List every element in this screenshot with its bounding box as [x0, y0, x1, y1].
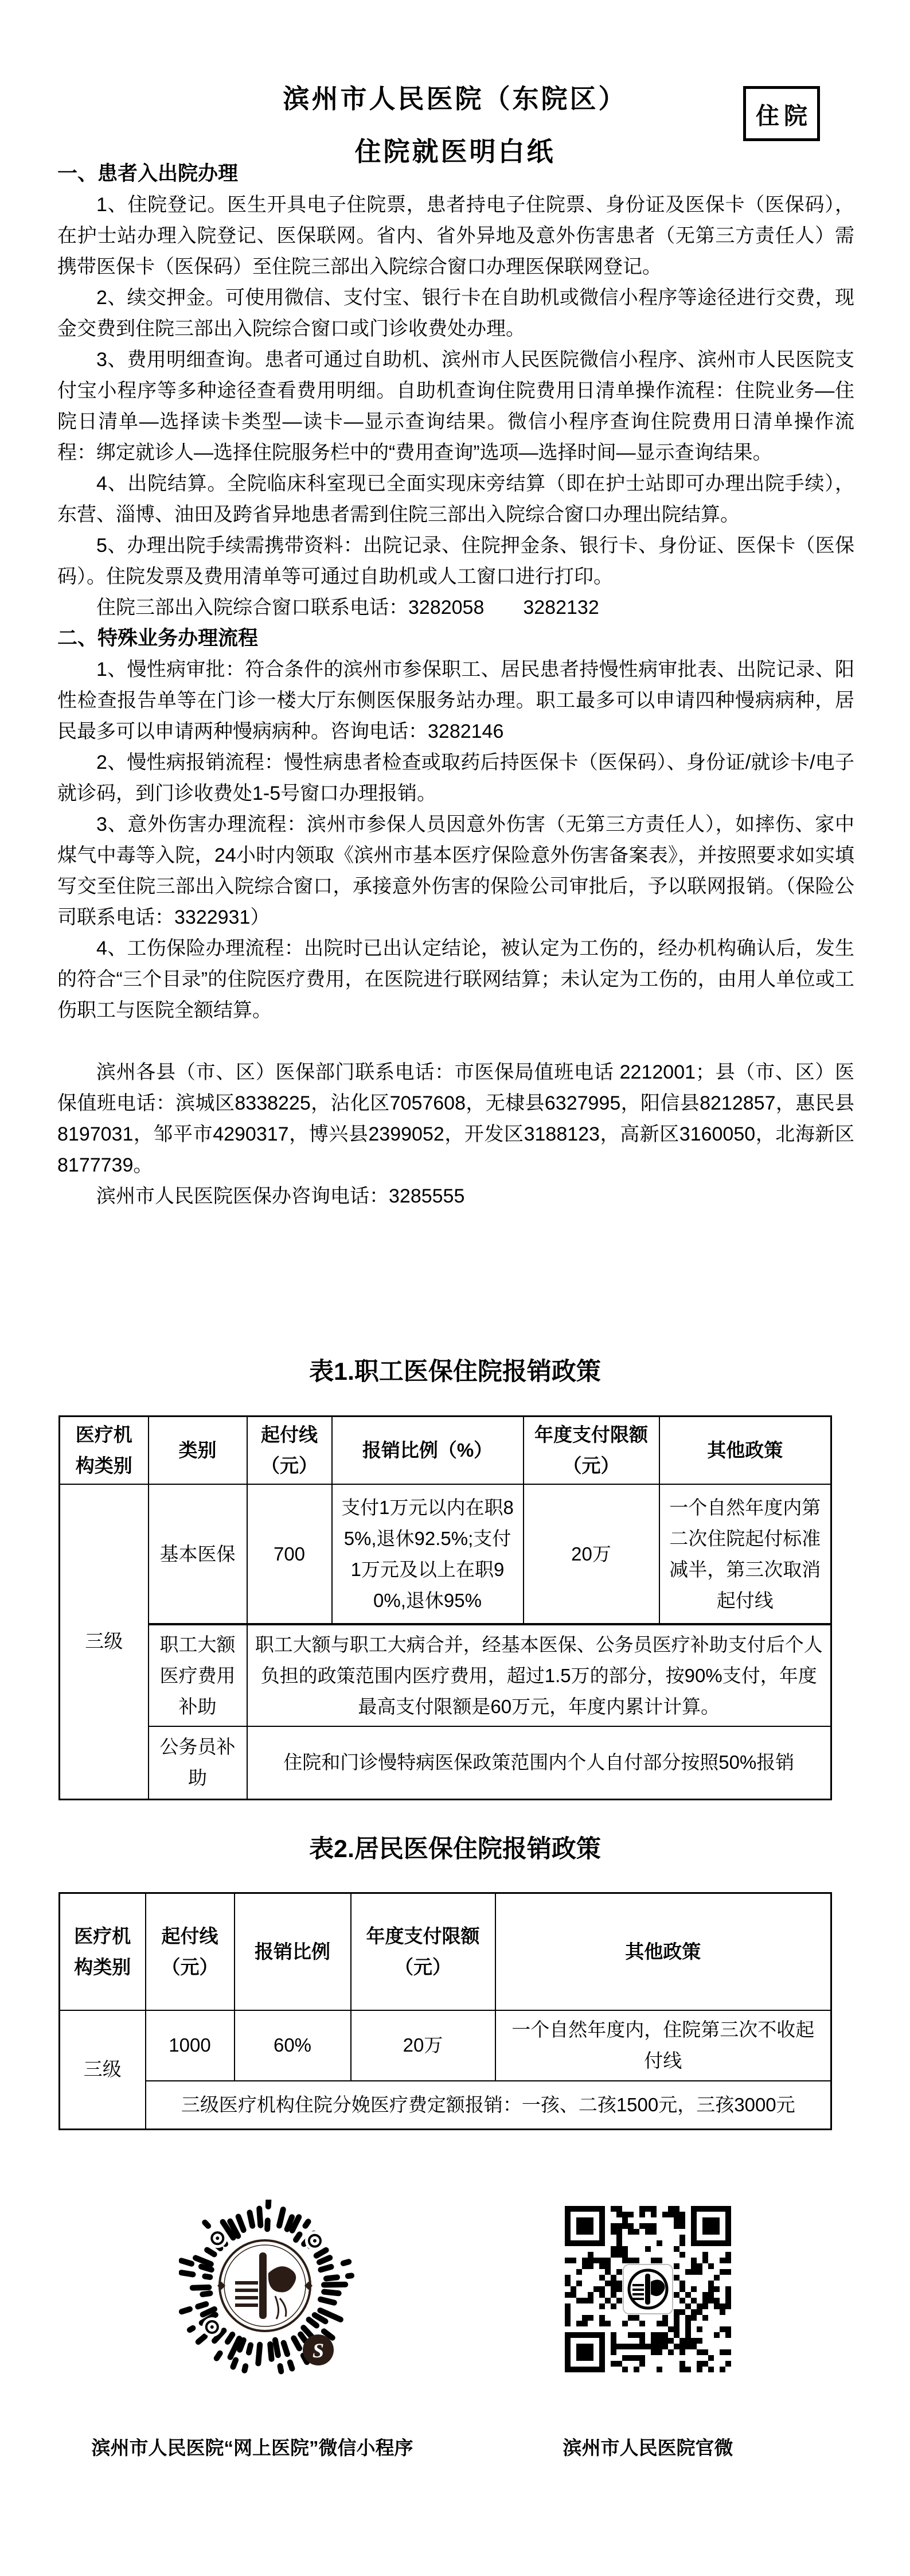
miniprogram-caption: 滨州市人民医院“网上医院”微信小程序 — [40, 2434, 464, 2462]
resident-insurance-table: 医疗机构类别 起付线（元） 报销比例 年度支付限额（元） 其他政策 三级 100… — [58, 1892, 832, 2130]
t1-cell-large-policy: 职工大额与职工大病合并，经基本医保、公务员医疗补助支付后个人负担的政策范围内医疗… — [247, 1624, 831, 1726]
t2-header-org-type: 医疗机构类别 — [60, 1893, 146, 2010]
t2-cell-other-policy: 一个自然年度内，住院第三次不收起付线 — [495, 2010, 831, 2081]
t2-header-annual-limit: 年度支付限额（元） — [351, 1893, 495, 2010]
t1-cell-category-large: 职工大额医疗费用补助 — [149, 1624, 247, 1726]
table1-row-civil-servant: 公务员补助 住院和门诊慢特病医保政策范围内个人自付部分按照50%报销 — [60, 1726, 831, 1799]
t1-header-other-policy: 其他政策 — [659, 1417, 831, 1485]
t1-header-category: 类别 — [149, 1417, 247, 1485]
wechat-miniprogram-code-image: S — [179, 2200, 360, 2381]
window-phone-line: 住院三部出入院综合窗口联系电话：3282058 3282132 — [57, 592, 854, 623]
t1-cell-org-level: 三级 — [60, 1484, 149, 1799]
t2-cell-ratio: 60% — [235, 2010, 351, 2081]
official-account-qr-image — [565, 2206, 731, 2372]
inpatient-corner-badge: 住院 — [743, 86, 820, 141]
county-contacts-paragraph: 滨州各县（市、区）医保部门联系电话：市医保局值班电话 2212001；县（市、区… — [57, 1057, 854, 1181]
t1-cell-other-policy: 一个自然年度内第二次住院起付标准减半，第三次取消起付线 — [659, 1484, 831, 1624]
table1-row-basic: 三级 基本医保 700 支付1万元以内在职85%,退休92.5%;支付1万元及以… — [60, 1484, 831, 1624]
paragraph-chronic-approval: 1、慢性病审批：符合条件的滨州市参保职工、居民患者持慢性病审批表、出院记录、阳性… — [57, 654, 854, 747]
document-page: { "page": { "title_line1": "滨州市人民医院（东院区）… — [0, 0, 910, 2576]
square-qr-icon — [565, 2206, 731, 2372]
table1-row-large-amount: 职工大额医疗费用补助 职工大额与职工大病合并，经基本医保、公务员医疗补助支付后个… — [60, 1624, 831, 1726]
t1-cell-civil-policy: 住院和门诊慢特病医保政策范围内个人自付部分按照50%报销 — [247, 1726, 831, 1799]
t1-cell-annual-limit: 20万 — [524, 1484, 659, 1624]
t2-header-other-policy: 其他政策 — [495, 1893, 831, 2010]
t2-cell-maternity-policy: 三级医疗机构住院分娩医疗费定额报销：一孩、二孩1500元，三孩3000元 — [146, 2081, 831, 2130]
paragraph-chronic-reimbursement: 2、慢性病报销流程：慢性病患者检查或取药后持医保卡（医保码）、身份证/就诊卡/电… — [57, 747, 854, 809]
t2-cell-deductible: 1000 — [146, 2010, 235, 2081]
t1-cell-category-civil: 公务员补助 — [149, 1726, 247, 1799]
paragraph-discharge-materials: 5、办理出院手续需携带资料：出院记录、住院押金条、银行卡、身份证、医保卡（医保码… — [57, 530, 854, 592]
t1-header-deductible: 起付线（元） — [247, 1417, 332, 1485]
document-body: 一、患者入出院办理 1、住院登记。医生开具电子住院票，患者持电子住院票、身份证及… — [57, 158, 854, 1212]
t1-cell-ratio: 支付1万元以内在职85%,退休92.5%;支付1万元及以上在职90%,退休95% — [332, 1484, 524, 1624]
official-weibo-caption: 滨州市人民医院官微 — [516, 2434, 780, 2462]
paragraph-work-injury: 4、工伤保险办理流程：出院时已出认定结论，被认定为工伤的，经办机构确认后，发生的… — [57, 933, 854, 1026]
paragraph-discharge-settlement: 4、出院结算。全院临床科室现已全面实现床旁结算（即在护士站即可办理出院手续），东… — [57, 468, 854, 530]
t2-header-deductible: 起付线（元） — [146, 1893, 235, 2010]
section2-heading: 二、特殊业务办理流程 — [57, 623, 854, 654]
paragraph-admission-registration: 1、住院登记。医生开具电子住院票，患者持电子住院票、身份证及医保卡（医保码），在… — [57, 189, 854, 282]
blank-line — [57, 1026, 854, 1057]
table1-title: 表1.职工医保住院报销政策 — [0, 1357, 910, 1386]
table2-title: 表2.居民医保住院报销政策 — [0, 1835, 910, 1863]
table2-header-row: 医疗机构类别 起付线（元） 报销比例 年度支付限额（元） 其他政策 — [60, 1893, 831, 2010]
paragraph-accident-injury: 3、意外伤害办理流程：滨州市参保人员因意外伤害（无第三方责任人），如摔伤、家中煤… — [57, 809, 854, 933]
table2-row-maternity: 三级医疗机构住院分娩医疗费定额报销：一孩、二孩1500元，三孩3000元 — [60, 2081, 831, 2130]
svg-text:S: S — [313, 2339, 324, 2362]
hospital-phone-line: 滨州市人民医院医保办咨询电话：3285555 — [57, 1181, 854, 1212]
t1-header-org-type: 医疗机构类别 — [60, 1417, 149, 1485]
table1-header-row: 医疗机构类别 类别 起付线（元） 报销比例（%） 年度支付限额（元） 其他政策 — [60, 1417, 831, 1485]
t1-header-annual-limit: 年度支付限额（元） — [524, 1417, 659, 1485]
paragraph-fee-inquiry: 3、费用明细查询。患者可通过自助机、滨州市人民医院微信小程序、滨州市人民医院支付… — [57, 344, 854, 468]
section1-heading: 一、患者入出院办理 — [57, 158, 854, 189]
miniprogram-sunburst-qr-icon: S — [179, 2200, 360, 2381]
t1-header-ratio: 报销比例（%） — [332, 1417, 524, 1485]
t1-cell-category-basic: 基本医保 — [149, 1484, 247, 1624]
t1-cell-deductible: 700 — [247, 1484, 332, 1624]
badge-label: 住院 — [756, 97, 812, 131]
t2-cell-org-level: 三级 — [60, 2010, 146, 2130]
t2-header-ratio: 报销比例 — [235, 1893, 351, 2010]
paragraph-deposit: 2、续交押金。可使用微信、支付宝、银行卡在自助机或微信小程序等途径进行交费，现金… — [57, 282, 854, 344]
employee-insurance-table: 医疗机构类别 类别 起付线（元） 报销比例（%） 年度支付限额（元） 其他政策 … — [58, 1415, 832, 1800]
table2-row-main: 三级 1000 60% 20万 一个自然年度内，住院第三次不收起付线 — [60, 2010, 831, 2081]
t2-cell-annual-limit: 20万 — [351, 2010, 495, 2081]
